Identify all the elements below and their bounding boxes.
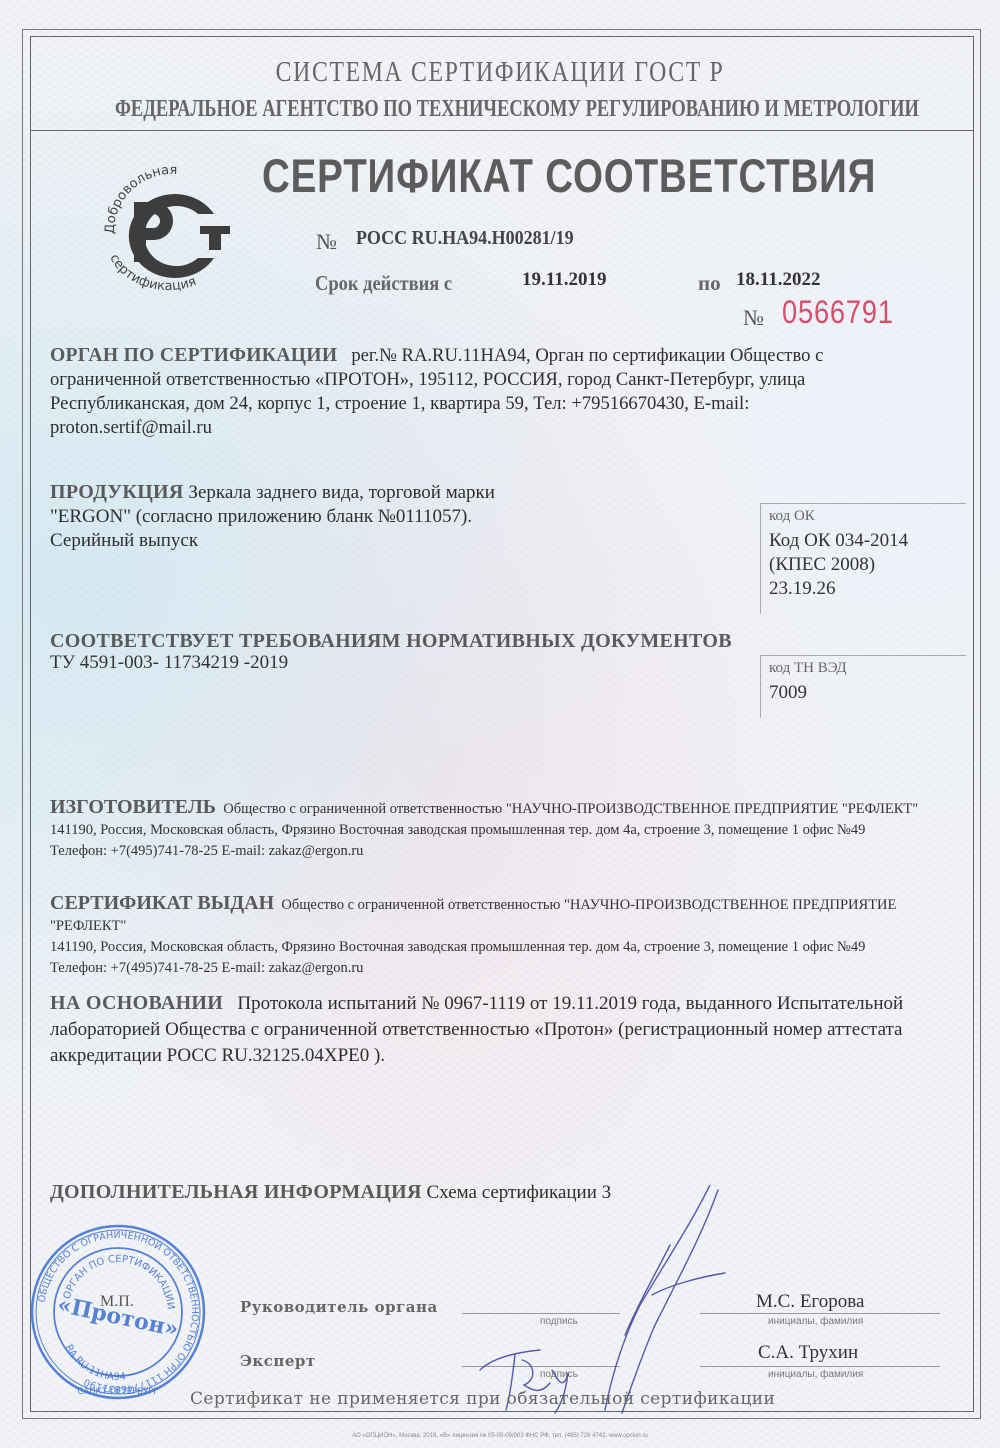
issued-to-address: 141190, Россия, Московская область, Фряз… — [50, 939, 865, 955]
conformity-section: СООТВЕТСТВУЕТ ТРЕБОВАНИЯМ НОРМАТИВНЫХ ДО… — [50, 630, 732, 653]
product-section: ПРОДУКЦИЯ Зеркала заднего вида, торговой… — [50, 480, 570, 553]
system-title: СИСТЕМА СЕРТИФИКАЦИИ ГОСТ Р — [90, 56, 910, 89]
code-tnved-caption: код ТН ВЭД — [769, 660, 966, 677]
basis-section: НА ОСНОВАНИИ Протокола испытаний № 0967-… — [50, 990, 930, 1069]
serial-number-sign: № — [743, 305, 764, 331]
expert-name: С.А. Трухин — [758, 1342, 858, 1364]
certificate-number: РОСС RU.НА94.Н00281/19 — [356, 227, 574, 250]
manufacturer-contacts: Телефон: +7(495)741-78-25 E-mail: zakaz@… — [50, 843, 363, 859]
expert-label: Эксперт — [240, 1352, 316, 1370]
rst-logo-icon: Добровольная сертификация — [96, 162, 246, 292]
valid-to-date: 18.11.2022 — [736, 269, 820, 291]
handwritten-signature-icon — [440, 1185, 740, 1415]
code-tnved-value: 7009 — [769, 681, 966, 705]
issued-to-label: СЕРТИФИКАТ ВЫДАН — [50, 892, 274, 914]
certification-body-section: ОРГАН ПО СЕРТИФИКАЦИИ рег.№ RA.RU.11НА94… — [50, 343, 912, 440]
head-name: М.С. Егорова — [756, 1291, 864, 1313]
code-ok-value: Код ОК 034-2014 (КПЕС 2008) 23.19.26 — [769, 529, 966, 601]
svg-text:RA.RU.11HA94: RA.RU.11HA94 — [63, 1343, 127, 1383]
issued-to-contacts: Телефон: +7(495)741-78-25 E-mail: zakaz@… — [50, 960, 363, 976]
head-of-body-label: Руководитель органа — [240, 1298, 438, 1316]
header-divider — [30, 130, 974, 131]
agency-title: ФЕДЕРАЛЬНОЕ АГЕНТСТВО ПО ТЕХНИЧЕСКОМУ РЕ… — [115, 96, 885, 123]
code-ok-box: код ОК Код ОК 034-2014 (КПЕС 2008) 23.19… — [760, 503, 966, 614]
product-label: ПРОДУКЦИЯ — [50, 481, 184, 503]
basis-label: НА ОСНОВАНИИ — [50, 992, 223, 1014]
disclaimer-text: Сертификат не применяется при обязательн… — [190, 1389, 775, 1409]
valid-from-date: 19.11.2019 — [522, 269, 606, 291]
blank-serial-number: 0566791 — [782, 294, 894, 331]
stamp-reg-text: RA.RU.11HA94 — [63, 1343, 127, 1383]
issued-to-section: СЕРТИФИКАТ ВЫДАН Общество с ограниченной… — [50, 893, 950, 979]
mp-label: М.П. — [100, 1293, 134, 1311]
manufacturer-name: Общество с ограниченной ответственностью… — [223, 801, 918, 817]
code-ok-caption: код ОК — [769, 508, 966, 525]
manufacturer-section: ИЗГОТОВИТЕЛЬ Общество с ограниченной отв… — [50, 797, 950, 862]
conformity-document: ТУ 4591-003- 11734219 -2019 — [50, 652, 288, 674]
certificate-title: СЕРТИФИКАТ СООТВЕТСТВИЯ — [262, 148, 876, 203]
product-release: Серийный выпуск — [50, 530, 198, 551]
printer-info: АО «ОПЦИОН», Москва, 2019, «В» лицензия … — [0, 1433, 1000, 1439]
manufacturer-address: 141190, Россия, Московская область, Фряз… — [50, 822, 865, 838]
head-name-caption: инициалы, фамилия — [768, 1316, 863, 1327]
manufacturer-label: ИЗГОТОВИТЕЛЬ — [50, 796, 216, 818]
additional-info-label: ДОПОЛНИТЕЛЬНАЯ ИНФОРМАЦИЯ — [50, 1181, 422, 1203]
seal-stamp-icon: ОБЩЕСТВО С ОГРАНИЧЕННОЙ ОТВЕТСТВЕННОСТЬЮ… — [28, 1222, 208, 1402]
expert-name-caption: инициалы, фамилия — [768, 1369, 863, 1380]
conformity-label: СООТВЕТСТВУЕТ ТРЕБОВАНИЯМ НОРМАТИВНЫХ ДО… — [50, 630, 732, 652]
valid-to-label: по — [698, 271, 721, 296]
certification-body-label: ОРГАН ПО СЕРТИФИКАЦИИ — [50, 344, 337, 366]
code-tnved-box: код ТН ВЭД 7009 — [760, 655, 966, 718]
number-sign: № — [316, 229, 337, 255]
validity-label: Срок действия с — [315, 271, 452, 296]
stamp-city-text: САНКТ-ПЕТЕРБУРГ — [77, 1387, 158, 1397]
